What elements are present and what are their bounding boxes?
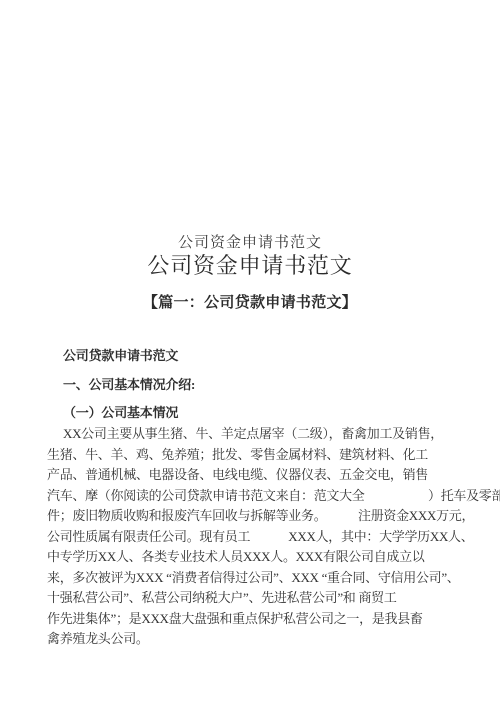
outline-heading-1: 一、公司基本情况介绍: bbox=[63, 374, 195, 393]
paragraph-line: 十强私营公司”、私营公司纳税大户”、先进私营公司”和 商贸工 bbox=[47, 588, 482, 609]
paragraph-line: 来，多次被评为XXX “消费者信得过公司”、XXX “重合同、守信用公司”、 bbox=[47, 568, 482, 589]
body-paragraph: XX公司主要从事生猪、牛、羊定点屠宰（二级），畜禽加工及销售， 生猪、牛、羊、鸡… bbox=[47, 424, 482, 650]
paragraph-line: 汽车、摩（你阅读的公司贷款申请书范文来自：范文大全 ）托车及零部 bbox=[47, 486, 482, 507]
paragraph-line: 作先进集体”；是XXX盘大盘强和重点保护私营公司之一，是我县畜 bbox=[47, 609, 482, 630]
paragraph-line: 生猪、牛、羊、鸡、兔养殖；批发、零售金属材料、建筑材料、化工 bbox=[47, 445, 482, 466]
paragraph-line: XX公司主要从事生猪、牛、羊定点屠宰（二级），畜禽加工及销售， bbox=[47, 424, 482, 445]
section-header: 【篇一：公司贷款申请书范文】 bbox=[0, 291, 500, 312]
paragraph-line: 公司性质属有限责任公司。现有员工 XXX人，其中：大学学历XX人、 bbox=[47, 527, 482, 548]
paragraph-line: 中专学历XX人、各类专业技术人员XXX人。XXX有限公司自成立以 bbox=[47, 547, 482, 568]
document-title-large: 公司资金申请书范文 bbox=[0, 249, 500, 280]
paragraph-line: 产品、普通机械、电器设备、电线电缆、仪器仪表、五金交电，销售 bbox=[47, 465, 482, 486]
outline-heading-1-1: （一）公司基本情况 bbox=[63, 402, 178, 421]
paragraph-line: 禽养殖龙头公司。 bbox=[47, 629, 482, 650]
paragraph-line: 件；废旧物质收购和报废汽车回收与拆解等业务。 注册资金XXX万元， bbox=[47, 506, 482, 527]
document-heading: 公司贷款申请书范文 bbox=[63, 345, 178, 364]
document-page: 公司资金申请书范文 公司资金申请书范文 【篇一：公司贷款申请书范文】 公司贷款申… bbox=[0, 0, 500, 708]
